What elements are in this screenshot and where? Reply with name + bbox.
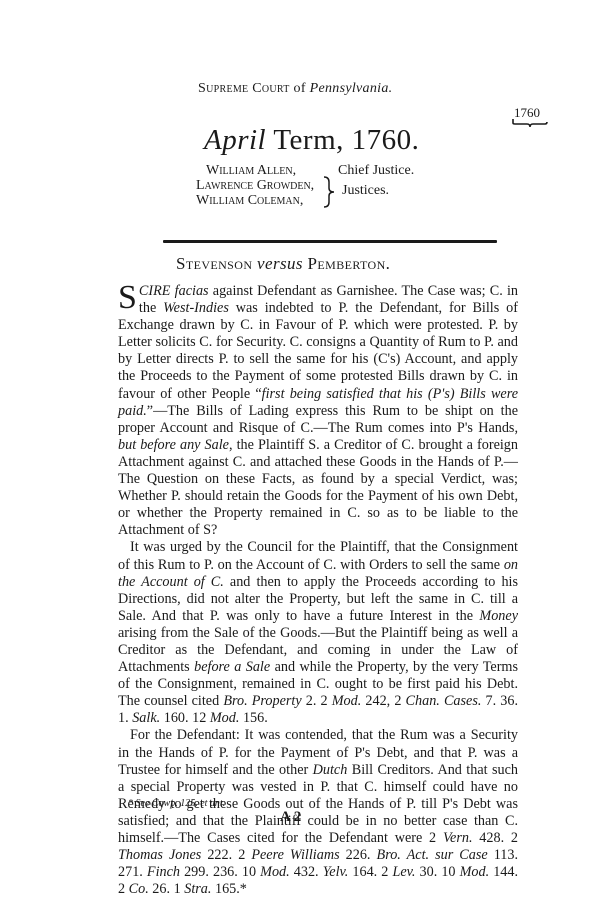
term-word: Term,: [273, 124, 344, 156]
defendant-name: Pemberton.: [308, 254, 391, 273]
text-span: Chan. Cases.: [406, 693, 482, 709]
right-brace-icon: [322, 176, 336, 208]
text-span: Lev.: [392, 864, 415, 880]
text-span: before a Sale: [194, 659, 270, 675]
chief-justice-title: Chief Justice.: [338, 163, 414, 179]
term-title: April Term, 1760.: [204, 124, 419, 157]
text-span: It was urged by the Council for the Plai…: [118, 539, 518, 572]
text-span: 30. 10: [415, 864, 459, 880]
associate-justice-1: Lawrence Growden,: [196, 178, 314, 193]
running-head-of: of: [294, 81, 306, 96]
paragraph-defendant-argument: For the Defendant: It was contended, tha…: [118, 727, 518, 898]
text-span: 26. 1: [149, 881, 184, 897]
text-span: Mod.: [460, 864, 490, 880]
text-span: 226.: [340, 847, 377, 863]
text-span: Dutch: [313, 762, 348, 778]
running-head: Supreme Court of Pennsylvania.: [198, 81, 392, 97]
text-span: 2. 2: [302, 693, 332, 709]
text-span: Vern.: [443, 830, 473, 846]
case-title: Stevenson versus Pemberton.: [176, 254, 390, 274]
text-span: facias: [175, 283, 209, 299]
text-span: Finch: [147, 864, 180, 880]
text-span: 432.: [290, 864, 323, 880]
judges-list: William Allen, Lawrence Growden, William…: [196, 163, 314, 208]
text-span: 156.: [239, 710, 267, 726]
text-span: but before any Sale: [118, 437, 229, 453]
term-month: April: [204, 124, 266, 156]
text-span: 428. 2: [473, 830, 519, 846]
paragraph-plaintiff-argument: It was urged by the Council for the Plai…: [118, 539, 518, 727]
margin-brace-icon: [512, 118, 548, 128]
versus-word: versus: [257, 254, 303, 273]
text-span: CIRE: [139, 283, 171, 299]
text-span: 299. 236. 10: [180, 864, 260, 880]
term-year: 1760.: [352, 124, 420, 156]
justices-title: Justices.: [342, 183, 389, 199]
paragraph-facts: SCIRE facias against Defendant as Garnis…: [118, 283, 518, 539]
text-span: Yelv.: [323, 864, 349, 880]
text-span: Mod.: [210, 710, 240, 726]
running-head-court: Supreme Court: [198, 81, 290, 96]
document-page: Supreme Court of Pennsylvania. 1760 Apri…: [0, 0, 600, 903]
text-span: Bro. Property: [223, 693, 301, 709]
associate-justice-2: William Coleman,: [196, 193, 314, 208]
text-span: 222. 2: [201, 847, 251, 863]
text-span: Peere Williams: [251, 847, 339, 863]
text-span: Mod.: [260, 864, 290, 880]
text-span: 160. 12: [160, 710, 210, 726]
text-span: ”—The Bills of Lading express this Rum t…: [118, 403, 518, 436]
text-span: Bro. Act. sur Case: [377, 847, 488, 863]
text-span: West-Indies: [163, 300, 229, 316]
text-span: Salk.: [132, 710, 160, 726]
text-span: Thomas Jones: [118, 847, 201, 863]
plaintiff-name: Stevenson: [176, 254, 252, 273]
running-head-state: Pennsylvania.: [310, 81, 393, 96]
text-span: Stra.: [184, 881, 211, 897]
footnote: * See Cowp. 125. et ant.: [128, 798, 225, 809]
drop-cap: S: [118, 284, 137, 312]
signature-mark: A 2: [280, 809, 301, 826]
chief-justice-name: William Allen,: [196, 163, 314, 178]
horizontal-rule: [163, 240, 497, 243]
text-span: 165.*: [211, 881, 246, 897]
text-span: 164. 2: [348, 864, 392, 880]
text-span: Co.: [129, 881, 149, 897]
text-span: Money: [479, 608, 518, 624]
text-span: Mod.: [332, 693, 362, 709]
text-span: 242, 2: [361, 693, 405, 709]
